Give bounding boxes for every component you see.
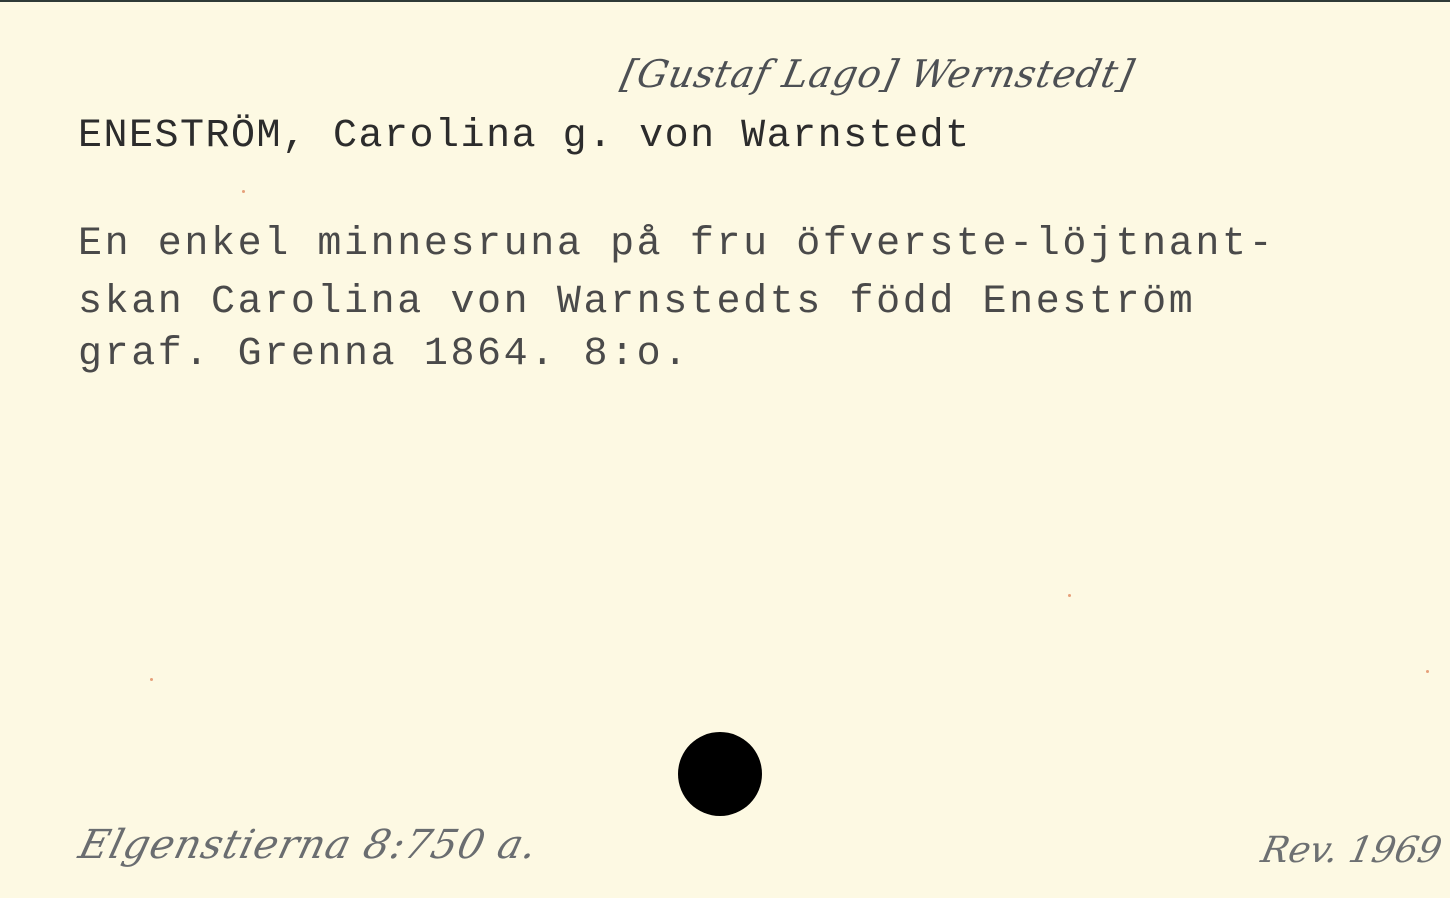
paper-speck xyxy=(1426,670,1429,673)
paper-speck xyxy=(150,678,153,681)
handwritten-author-annotation: [Gustaf Lago] Wernstedt] xyxy=(617,52,1138,96)
punch-hole-icon xyxy=(678,732,762,816)
description-line-3: graf. Grenna 1864. 8:o. xyxy=(78,332,690,377)
handwritten-shelfmark: Elgenstierna 8:750 a. xyxy=(74,822,543,868)
paper-speck xyxy=(1068,594,1071,597)
paper-speck xyxy=(242,190,245,193)
description-line-2: skan Carolina von Warnstedts född Enestr… xyxy=(78,280,1195,325)
catalog-card: [Gustaf Lago] Wernstedt] ENESTRÖM, Carol… xyxy=(0,0,1450,898)
handwritten-revision-note: Rev. 1969 xyxy=(1258,830,1446,871)
description-line-1: En enkel minnesruna på fru öfverste-löjt… xyxy=(78,222,1275,267)
card-heading: ENESTRÖM, Carolina g. von Warnstedt xyxy=(78,114,971,159)
